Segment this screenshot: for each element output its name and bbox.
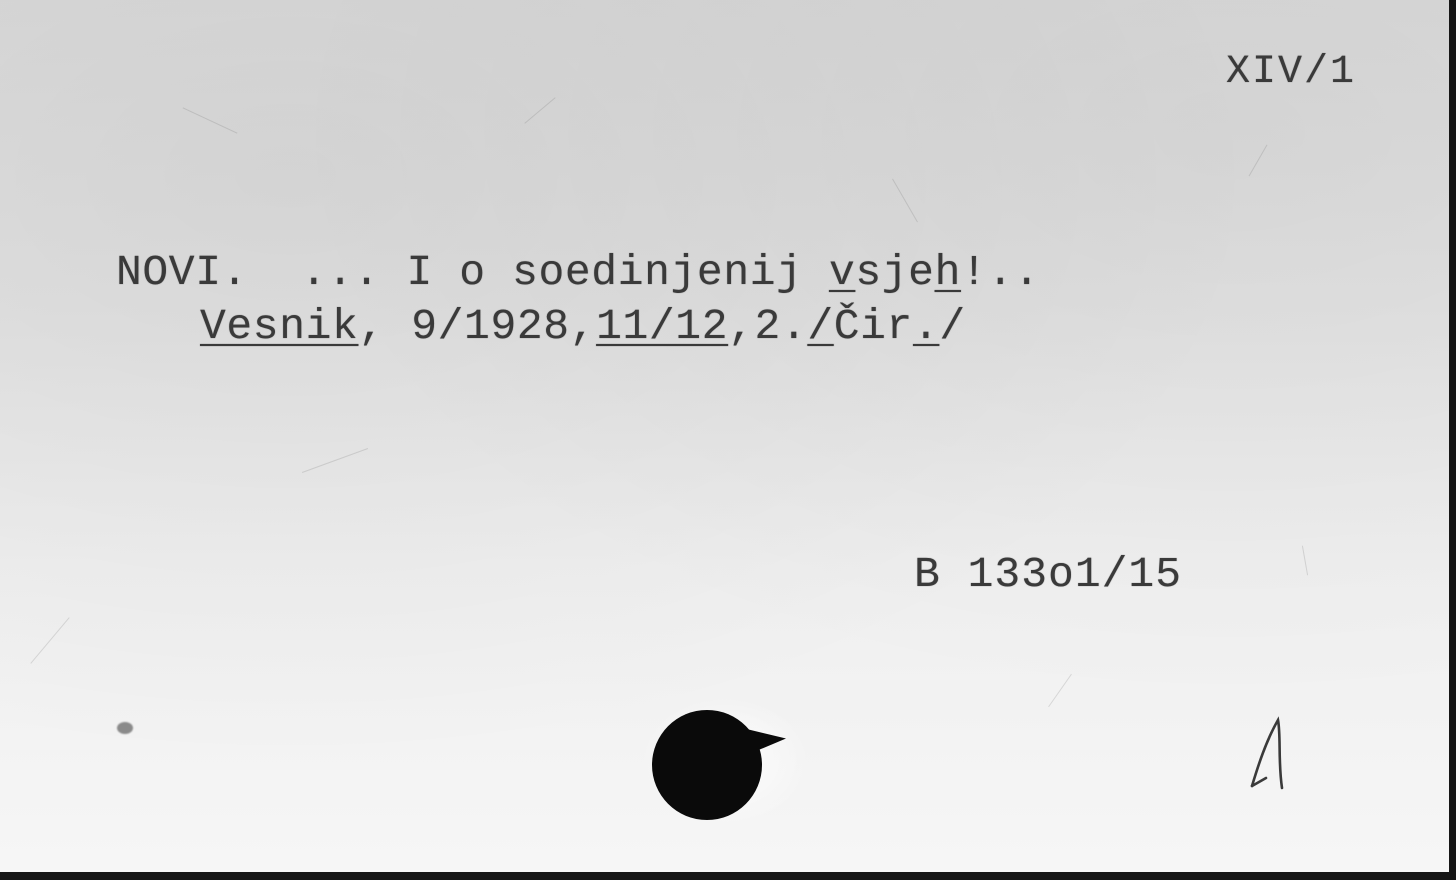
entry-title-underlined-h: h (935, 248, 961, 297)
paper-fiber (1249, 145, 1268, 177)
paper-fiber (1048, 674, 1072, 707)
paper-fiber (524, 97, 555, 123)
shelfmark-top: XIV/1 (1226, 50, 1356, 95)
call-number: B 133o1/15 (914, 550, 1182, 599)
entry-title-end: !.. (961, 248, 1040, 297)
paper-fiber (302, 448, 368, 473)
entry-title-mid: sje (855, 248, 934, 297)
entry-title-underlined-v: v (829, 248, 855, 297)
scan-edge-right (1449, 0, 1456, 880)
entry-title: I o soedinjenij (406, 248, 828, 297)
paper-fiber (1302, 546, 1308, 576)
paper-fiber (30, 617, 69, 664)
entry-ellipsis: ... (301, 248, 380, 297)
punch-hole (652, 710, 762, 820)
script-note-close: / (939, 302, 965, 351)
script-note: Čir (834, 302, 913, 351)
source-periodical: Vesnik (200, 302, 358, 351)
source-date: , 9/1928, (358, 302, 596, 351)
paper-fiber (183, 107, 238, 133)
ink-spot (117, 722, 133, 734)
entry-heading: NOVI. (116, 248, 248, 297)
entry-heading-line: NOVI. ... I o soedinjenij vsjeh!.. (116, 248, 1040, 297)
handwritten-mark-icon (1248, 716, 1284, 792)
source-issue: 11/12 (596, 302, 728, 351)
script-note-open: / (807, 302, 833, 351)
paper-fiber (892, 179, 918, 223)
catalog-card: XIV/1 NOVI. ... I o soedinjenij vsjeh!..… (0, 0, 1449, 872)
scan-edge-bottom (0, 872, 1456, 880)
script-note-dot: . (913, 302, 939, 351)
source-page: ,2. (728, 302, 807, 351)
entry-source-line: Vesnik, 9/1928,11/12,2./Čir./ (200, 302, 966, 351)
